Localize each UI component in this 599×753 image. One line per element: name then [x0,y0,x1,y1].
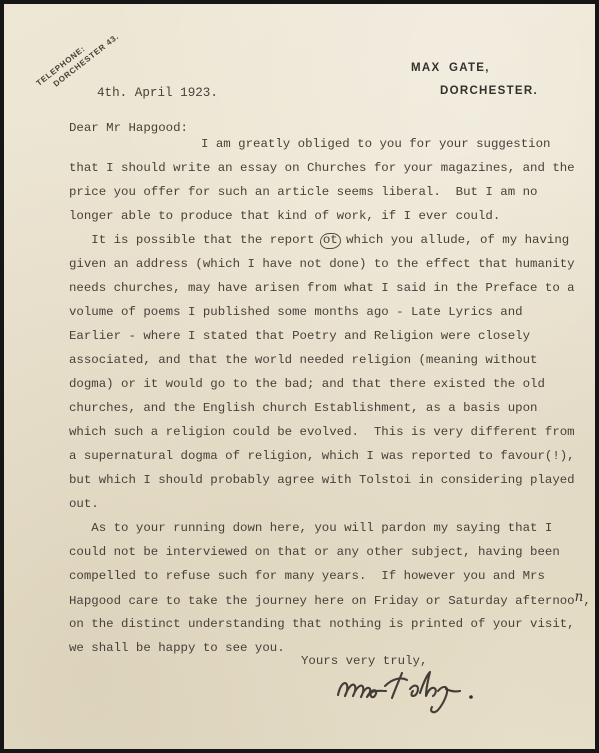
typed-text: we shall be happy to see you. [69,641,285,655]
body-line: price you offer for such an article seem… [69,180,584,204]
typed-text: volume of poems I published some months … [69,305,523,319]
typed-text: price you offer for such an article seem… [69,185,537,199]
typed-text: that I should write an essay on Churches… [69,161,575,175]
letterhead-line-1: MAX GATE, [411,57,538,80]
signature-scrawl [334,664,494,719]
body-line: but which I should probably agree with T… [69,468,584,492]
typed-text: but which I should probably agree with T… [69,473,575,487]
body-line: Hapgood care to take the journey here on… [69,588,584,612]
typed-text: compelled to refuse such for many years.… [69,569,545,583]
typed-text: given an address (which I have not done)… [69,257,575,271]
scan-frame: TELEPHONE: DORCHESTER 43. MAX GATE, DORC… [0,0,599,753]
typed-text: longer able to produce that kind of work… [69,209,500,223]
typed-text: It is possible that the report [69,233,322,247]
body-line: needs churches, may have arisen from wha… [69,276,584,300]
handwritten-correction: n [575,589,584,605]
typed-text: , [583,594,590,608]
body-line: which such a religion could be evolved. … [69,420,584,444]
typed-text: Hapgood care to take the journey here on… [69,594,575,608]
typed-text: needs churches, may have arisen from wha… [69,281,575,295]
body-line: dogma) or it would go to the bad; and th… [69,372,584,396]
typed-text: Earlier - where I stated that Poetry and… [69,329,530,343]
typed-text: dogma) or it would go to the bad; and th… [69,377,545,391]
letterhead: MAX GATE, DORCHESTER. [411,57,538,103]
body-line: It is possible that the report ot which … [69,228,584,252]
letterhead-line-2: DORCHESTER. [411,80,538,103]
body-line: longer able to produce that kind of work… [69,204,584,228]
body-line: on the distinct understanding that nothi… [69,612,584,636]
typed-text: could not be interviewed on that or any … [69,545,560,559]
typed-text: on the distinct understanding that nothi… [69,617,575,631]
typed-text: which such a religion could be evolved. … [69,425,575,439]
signature [334,664,494,719]
body-line: that I should write an essay on Churches… [69,156,584,180]
body-line: compelled to refuse such for many years.… [69,564,584,588]
letter-body: I am greatly obliged to you for your sug… [69,132,584,660]
circled-typo: ot [320,233,341,249]
body-line: Earlier - where I stated that Poetry and… [69,324,584,348]
typed-text: churches, and the English church Establi… [69,401,537,415]
typed-text: associated, and that the world needed re… [69,353,537,367]
typed-text: a supernatural dogma of religion, which … [69,449,575,463]
letter-date: 4th. April 1923. [97,86,218,100]
body-line: could not be interviewed on that or any … [69,540,584,564]
body-line: volume of poems I published some months … [69,300,584,324]
body-line: out. [69,492,584,516]
typed-text: I am greatly obliged to you for your sug… [201,137,550,151]
body-line: a supernatural dogma of religion, which … [69,444,584,468]
body-line: I am greatly obliged to you for your sug… [69,132,584,156]
stamp-line-1: TELEPHONE: [34,22,115,88]
signature-period [469,695,473,699]
body-line: associated, and that the world needed re… [69,348,584,372]
body-line: As to your running down here, you will p… [69,516,584,540]
letter-page: TELEPHONE: DORCHESTER 43. MAX GATE, DORC… [4,4,595,749]
body-line: churches, and the English church Establi… [69,396,584,420]
typed-text: which you allude, of my having [339,233,570,247]
body-line: given an address (which I have not done)… [69,252,584,276]
typed-text: As to your running down here, you will p… [69,521,552,535]
typed-text: out. [69,497,99,511]
